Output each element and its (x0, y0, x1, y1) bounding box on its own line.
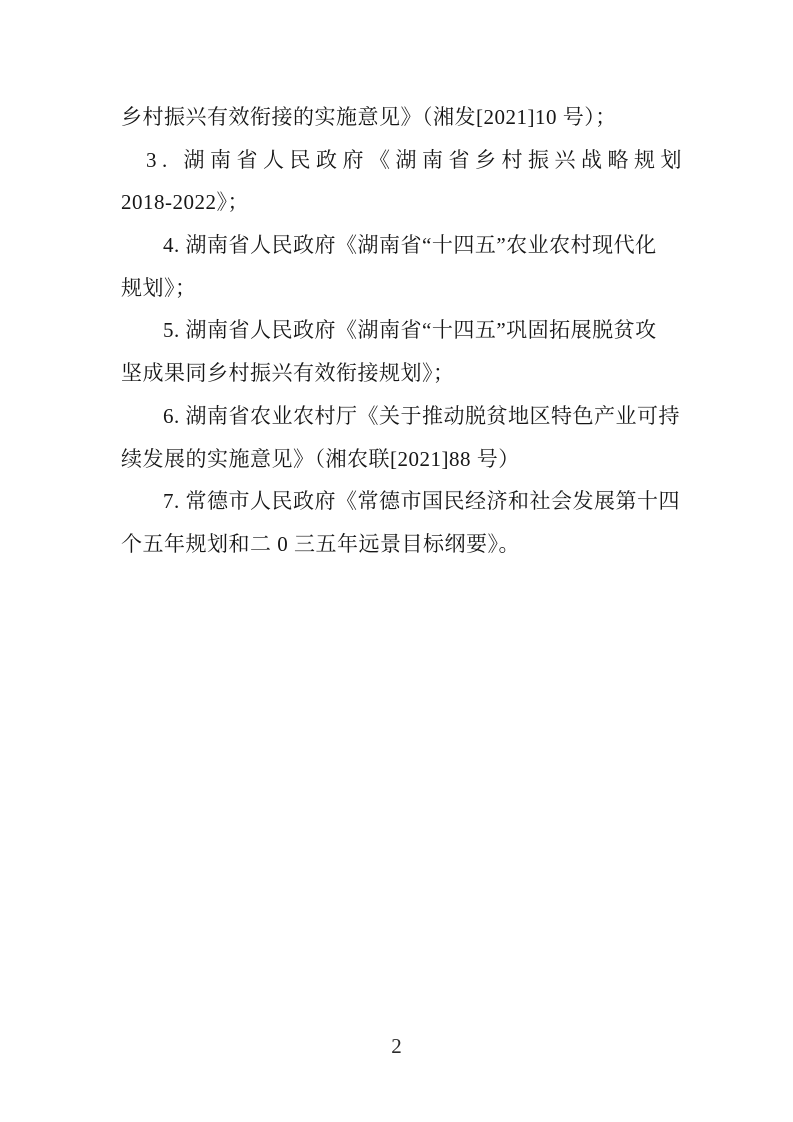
doc-line-ref3-start: 3. 湖南省人民政府《湖南省乡村振兴战略规划 (146, 139, 673, 182)
doc-line-ref4-start: 4. 湖南省人民政府《湖南省“十四五”农业农村现代化 (163, 224, 673, 267)
document-page: 乡村振兴有效衔接的实施意见》（湘发[2021]10 号）； 3. 湖南省人民政府… (0, 0, 793, 1122)
page-number: 2 (0, 1035, 793, 1057)
doc-line-ref3-continuation: 2018-2022》； (121, 181, 673, 224)
doc-line-ref5-continuation: 坚成果同乡村振兴有效衔接规划》； (121, 352, 673, 395)
doc-line-ref6-start: 6. 湖南省农业农村厅《关于推动脱贫地区特色产业可持 (163, 395, 673, 438)
doc-line-ref2-continuation: 乡村振兴有效衔接的实施意见》（湘发[2021]10 号）； (121, 96, 673, 139)
doc-line-ref4-continuation: 规划》； (121, 267, 673, 310)
document-body: 乡村振兴有效衔接的实施意见》（湘发[2021]10 号）； 3. 湖南省人民政府… (121, 96, 673, 566)
doc-line-ref7-continuation: 个五年规划和二 0 三五年远景目标纲要》。 (121, 523, 673, 566)
doc-line-ref6-continuation: 续发展的实施意见》（湘农联[2021]88 号） (121, 438, 673, 481)
doc-line-ref7-start: 7. 常德市人民政府《常德市国民经济和社会发展第十四 (163, 480, 673, 523)
doc-line-ref5-start: 5. 湖南省人民政府《湖南省“十四五”巩固拓展脱贫攻 (163, 309, 673, 352)
